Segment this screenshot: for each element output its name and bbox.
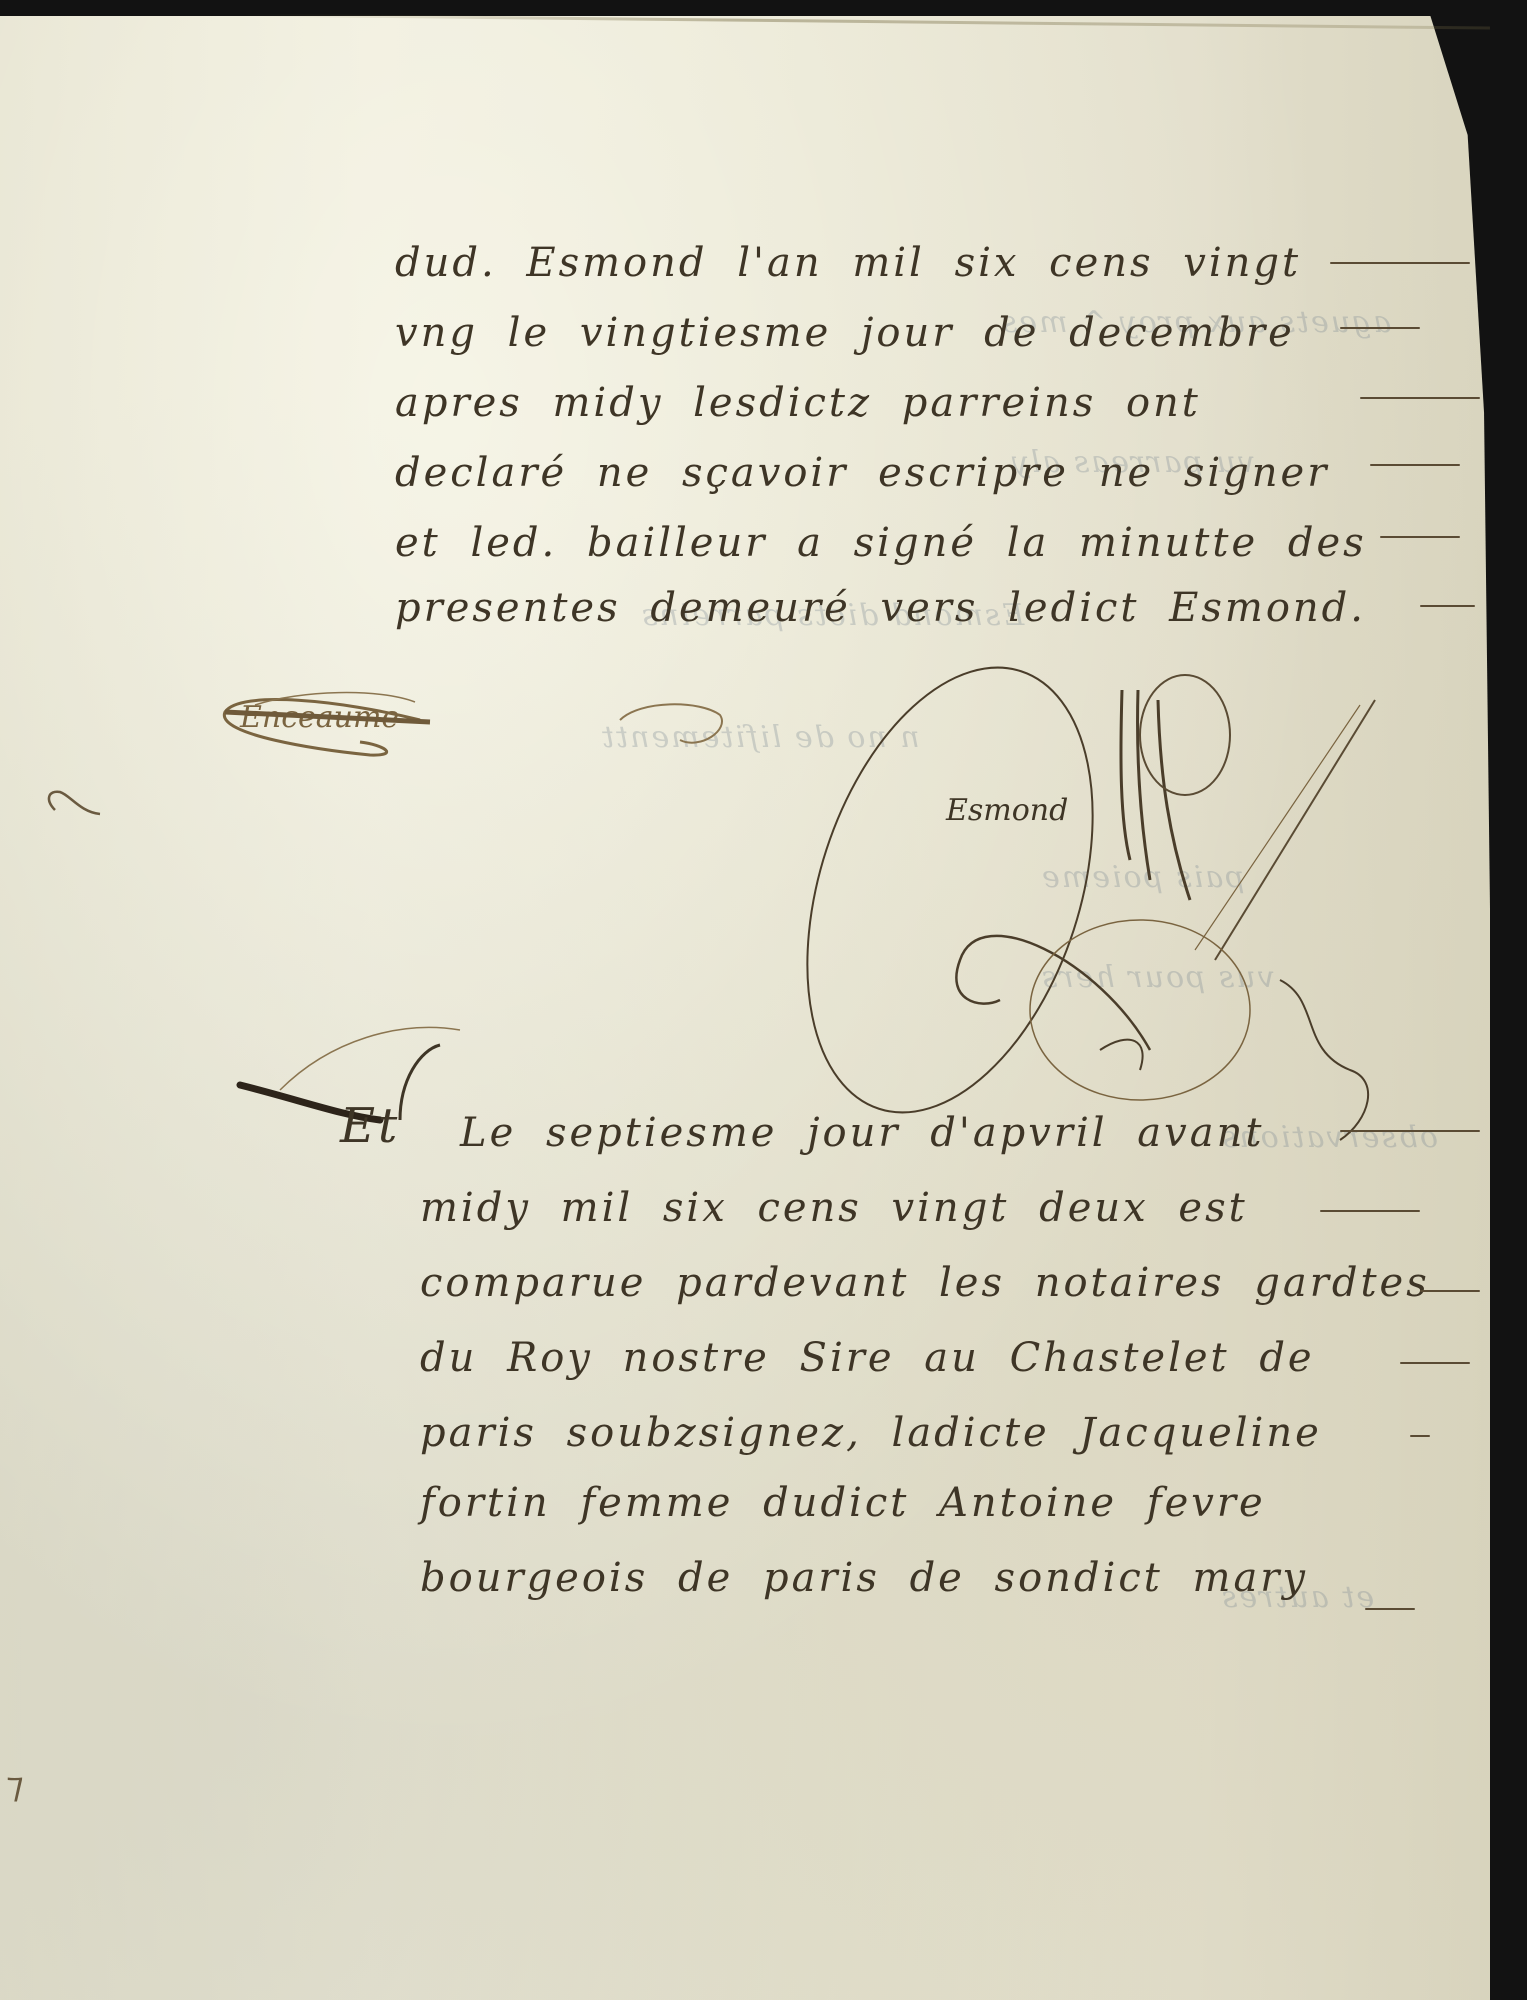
manuscript-line: Le septiesme jour d'apvril avant: [460, 1110, 1264, 1156]
manuscript-line: vng le vingtiesme jour de decembre: [395, 310, 1295, 356]
manuscript-line: midy mil six cens vingt deux est: [420, 1185, 1248, 1231]
line-filler-dash: [1380, 536, 1460, 538]
manuscript-line: et led. bailleur a signé la minutte des: [395, 520, 1367, 566]
manuscript-line: presentes demeuré vers ledict Esmond.: [395, 585, 1366, 631]
margin-mark: ⁊: [6, 1765, 24, 1806]
line-filler-dash: [1410, 1435, 1430, 1437]
manuscript-line: paris soubzsignez, ladicte Jacqueline: [420, 1410, 1322, 1456]
line-filler-dash: [1400, 1362, 1470, 1364]
manuscript-line: fortin femme dudict Antoine fevre: [420, 1480, 1266, 1526]
line-filler-dash: [1365, 1608, 1415, 1610]
manuscript-line: du Roy nostre Sire au Chastelet de: [420, 1335, 1315, 1381]
manuscript-line: dud. Esmond l'an mil six cens vingt: [395, 240, 1301, 286]
line-filler-dash: [1420, 605, 1475, 607]
line-filler-dash: [1370, 464, 1460, 466]
line-filler-dash: [1420, 1290, 1480, 1292]
manuscript-line: apres midy lesdictz parreins ont: [395, 380, 1201, 426]
manuscript-line: comparue pardevant les notaires gardtes: [420, 1260, 1430, 1306]
signature-enceaume: Enceaume: [240, 700, 399, 735]
line-filler-dash: [1340, 327, 1420, 329]
manuscript-line: bourgeois de paris de sondict mary: [420, 1555, 1308, 1601]
manuscript-line: declaré ne sçavoir escripre ne signer: [395, 450, 1329, 496]
bleed-through-text: pais poieme: [1040, 860, 1244, 895]
manuscript-initial: Et: [340, 1098, 400, 1154]
line-filler-dash: [1340, 1130, 1480, 1132]
line-filler-dash: [1360, 397, 1480, 399]
signature-esmond: Esmond: [946, 793, 1068, 828]
bleed-through-text: vus pour hers: [1040, 960, 1274, 995]
line-filler-dash: [1320, 1210, 1420, 1212]
line-filler-dash: [1330, 262, 1470, 264]
bleed-through-text: n no de lifitementt: [600, 720, 920, 755]
